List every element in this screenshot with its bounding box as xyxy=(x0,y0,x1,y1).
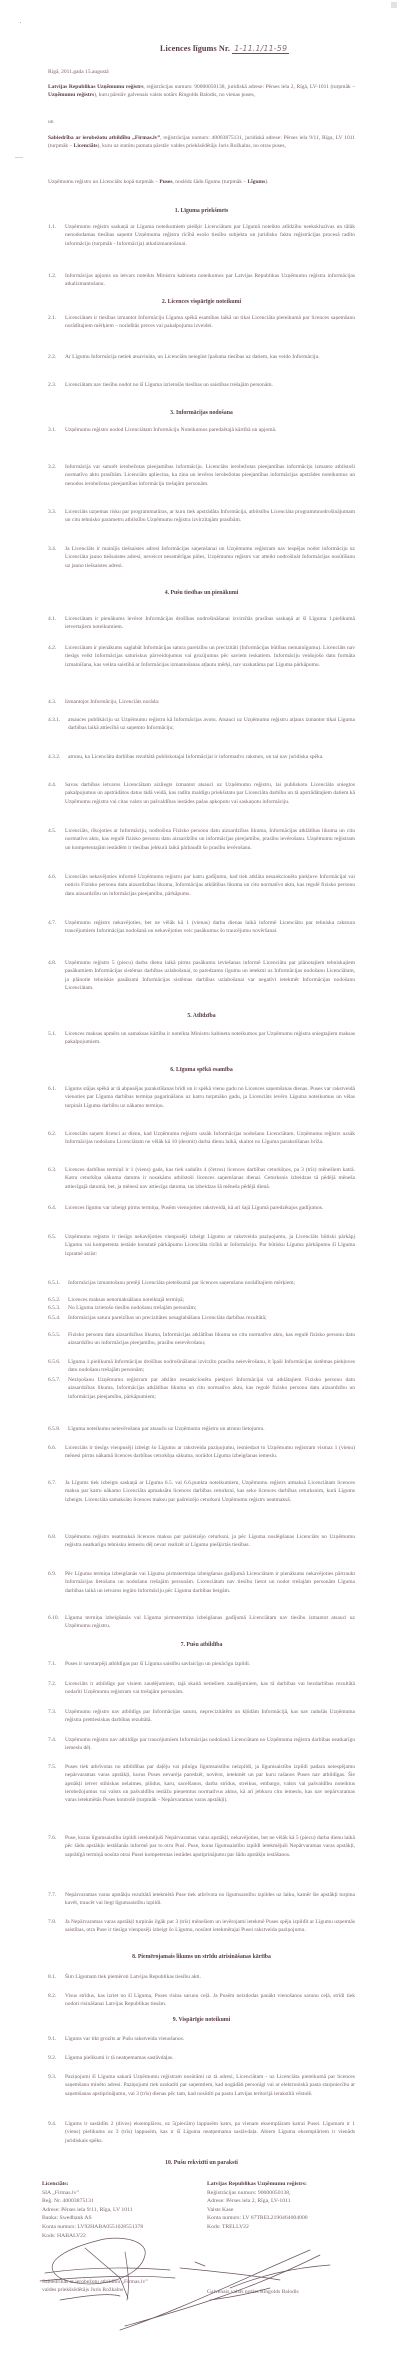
clause-6-2: 6.2.Licenciāts saņem licenci ar dienu, k… xyxy=(48,1130,355,1147)
clause-4-3: 4.3.Izmantojot Informāciju, Licenciāts n… xyxy=(48,698,355,706)
clause-6-7: 6.7.Ja Līgums tiek izbeigts saskaņā ar L… xyxy=(48,1479,355,1504)
contract-page: Licences līgums Nr. 1-11.1/11-59 Rīgā, 2… xyxy=(0,0,400,2353)
clause-4-5: 4.5.Licenciāts, rīkojoties ar Informācij… xyxy=(48,827,355,852)
party-registry: Latvijas Republikas Uzņēmumu reģistrs, r… xyxy=(48,83,355,100)
document-title: Licences līgums Nr. 1-11.1/11-59 xyxy=(160,44,289,53)
scan-speck xyxy=(20,22,21,23)
and-separator: un xyxy=(48,118,54,126)
clause-4-1: 4.1.Licenciātam ir pienākums ievērot Inf… xyxy=(48,615,355,632)
section-heading-4: 4. Pušu tiesības un pienākumi xyxy=(48,590,355,596)
clause-6-10: 6.10.Līguma termiņa izbeigšanās vai Līgu… xyxy=(48,1614,355,1631)
clause-6-5: 6.5.Uzņēmumu reģistrs ir tiesīgs nekavēj… xyxy=(48,1233,355,1258)
section-heading-5: 5. Atlīdzība xyxy=(48,1013,355,1019)
clause-3-4: 3.4.Ja Licenciāts ir mainījis tiešsaiste… xyxy=(48,545,355,570)
section-heading-6: 6. Līguma spēkā esamība xyxy=(48,1067,355,1073)
clause-3-2: 3.2.Informācija var saturēt ierobežotas … xyxy=(48,463,355,488)
clause-2-3: 2.3.Licenciātam nav tiesību nodot no šī … xyxy=(48,381,355,389)
clause-6-5-6: 6.5.6.Līguma 1.pielikumā Informācijas dr… xyxy=(48,1358,355,1375)
clause-4-7: 4.7.Uzņēmumu reģistrs nekavējoties, bet … xyxy=(48,919,355,936)
clause-6-5-4: 6.5.4.Informācijas satura pareizības un … xyxy=(48,1314,355,1322)
clause-7-4: 7.4.Uzņēmumu reģistrs nav atbildīgs par … xyxy=(48,1736,355,1753)
scan-speck xyxy=(391,2,397,8)
clause-4-3-1: 4.3.1.atsauces publikāciju uz Uzņēmumu r… xyxy=(48,716,355,733)
clause-7-6: 7.6.Puse, kuras līgumsaistību izpildi ie… xyxy=(48,1834,355,1859)
clause-6-3: 6.3.Licences darbības termiņš ir 1 (vien… xyxy=(48,1166,355,1191)
section-heading-1: 1. Līguma priekšmets xyxy=(48,208,355,214)
clause-1-1: 1.1.Uzņēmumu reģistrs saskaņā ar Līguma … xyxy=(48,223,355,248)
clause-4-4: 4.4.Savas darbības ietvaros Licenciātam … xyxy=(48,781,355,806)
clause-7-1: 7.1.Puses ir savstarpēji atbildīgas par … xyxy=(48,1660,355,1668)
handwritten-contract-number: 1-11.1/11-59 xyxy=(232,44,289,54)
clause-6-5-3: 6.5.3.No Līguma izrietošo tiesību nodoša… xyxy=(48,1304,355,1312)
clause-7-2: 7.2.Licenciāts ir atbildīgs par visiem z… xyxy=(48,1680,355,1697)
clause-4-6: 4.6.Licenciāts nekavējoties informē Uzņē… xyxy=(48,873,355,898)
clause-7-7: 7.7.Nepārvaramas varas apstākļu rezultāt… xyxy=(48,1891,355,1908)
clause-4-2: 4.2.Licenciātam ir pienākums saglabāt In… xyxy=(48,644,355,669)
section-heading-10: 10. Pušu rekvizīti un paraksti xyxy=(48,2160,355,2166)
clause-2-2: 2.2.Ar Līgumu Informācija netiek atsavin… xyxy=(48,353,355,361)
licensee-signatory-caption: Sabiedrības ar ierobežotu atbildību „Fir… xyxy=(42,2278,148,2294)
clause-7-3: 7.3.Uzņēmumu reģistrs nav atbildīgs par … xyxy=(48,1708,355,1725)
clause-6-4: 6.4.Licences līgumu var izbeigt pirms te… xyxy=(48,1204,355,1212)
registry-signatory-caption: Galvenais valsts notārs Ringolds Balodis xyxy=(207,2288,299,2296)
clause-8-2: 8.2.Visus strīdus, kas izriet no šī Līgu… xyxy=(48,1992,355,2009)
section-heading-7: 7. Pušu atbildība xyxy=(48,1642,355,1648)
clause-6-5-8: 6.5.8.Līguma noteikumu neievērošanu par … xyxy=(48,1425,355,1433)
clause-5-1: 5.1.Licences maksas apmērs un samaksas k… xyxy=(48,1030,355,1047)
section-heading-3: 3. Informācijas nodošana xyxy=(48,410,355,416)
clause-7-8: 7.8.Ja Nepārvaramas varas apstākļi turpi… xyxy=(48,1918,355,1935)
registry-details: Latvijas Republikas Uzņēmumu reģistrs: R… xyxy=(207,2180,308,2232)
clause-6-9: 6.9.Pēc Līguma termiņa izbeigšanās vai L… xyxy=(48,1570,355,1595)
clause-4-8: 4.8.Uzņēmumu reģistrs 5 (piecu) darba di… xyxy=(48,959,355,992)
clause-7-5: 7.5.Puses tiek atbrīvotas no atbildības … xyxy=(48,1763,355,1804)
clause-9-3: 9.3.Paziņojumi šī Līguma sakarā Uzņēmumu… xyxy=(48,2073,355,2098)
clause-2-1: 2.1.Licenciātam ir tiesības izmantot Inf… xyxy=(48,314,355,331)
clause-4-3-2: 4.3.2.atrunu, ka Licenciāta darbības rez… xyxy=(48,753,355,761)
clause-1-2: 1.2.Informācijas apjoms un ietvars notei… xyxy=(48,272,355,289)
clause-3-3: 3.3.Licenciāts uzņemas risku par program… xyxy=(48,508,355,525)
place-date: Rīgā, 2011.gada 15.augustā xyxy=(48,68,109,76)
section-heading-9: 9. Vispārīgie noteikumi xyxy=(48,2017,355,2023)
clause-6-8: 6.8.Uzņēmumu reģistrs neatmaksā licences… xyxy=(48,1533,355,1550)
clause-6-1: 6.1.Līgums stājas spēkā ar tā abpusējas … xyxy=(48,1085,355,1110)
clause-9-1: 9.1.Līgums var tikt grozīts ar Pušu raks… xyxy=(48,2035,355,2043)
clause-6-5-1: 6.5.1.Informācijas izmantošanu pretēji L… xyxy=(48,1279,355,1287)
scan-speck xyxy=(15,157,23,158)
section-heading-2: 2. Licences vispārīgie noteikumi xyxy=(48,299,355,305)
licensee-details: Licenciāts: SIA „Firmas.lv” Reģ. Nr. 400… xyxy=(42,2180,143,2240)
clause-6-5-5: 6.5.5.Fizisko personu datu aizsardzības … xyxy=(48,1331,355,1348)
clause-3-1: 3.1.Uzņēmumu reģistrs nodod Licenciātam … xyxy=(48,426,355,434)
clause-9-4: 9.4.Līgums ir sastādīts 2 (divos) eksemp… xyxy=(48,2120,355,2145)
preamble: Uzņēmumu reģistrs un Licenciāts kopā tur… xyxy=(48,178,355,186)
clause-6-5-7: 6.5.7.Neziņošanu Uzņēmumu reģistram par … xyxy=(48,1376,355,1401)
clause-9-2: 9.2.Līguma pielikumi ir tā neatņemamas s… xyxy=(48,2054,355,2062)
clause-6-6: 6.6.Licenciāts ir tiesīgs vienpusēji izb… xyxy=(48,1444,355,1461)
section-heading-8: 8. Piemērojamais likums un strīdu atrisi… xyxy=(48,1954,355,1960)
clause-8-1: 8.1.Šim Līgumam tiek piemēroti Latvijas … xyxy=(48,1973,355,1981)
party-licensee: Sabiedrība ar ierobežotu atbildību „Firm… xyxy=(48,134,355,151)
